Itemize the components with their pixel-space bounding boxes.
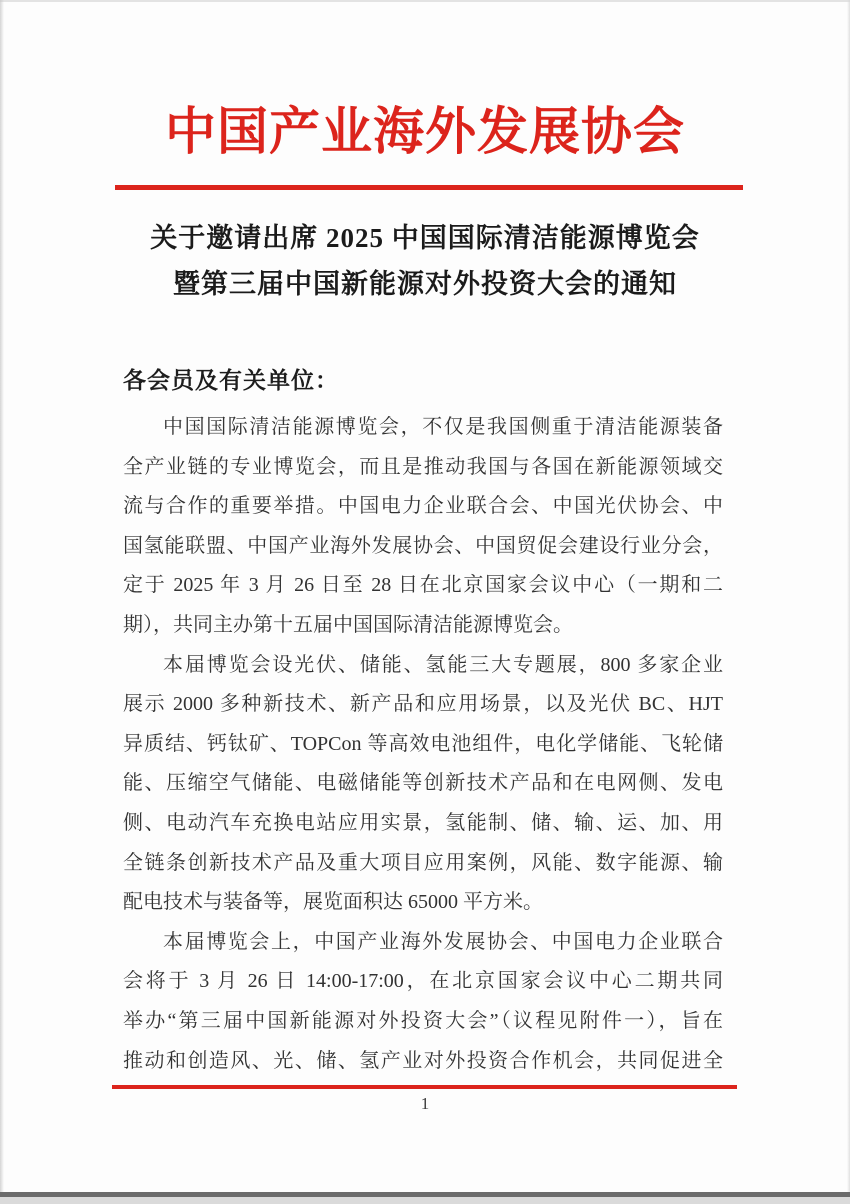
body-text-line: 本届博览会设光伏、储能、氢能三大专题展，800 多家企业 xyxy=(123,646,723,686)
document-page: 中国产业海外发展协会 关于邀请出席 2025 中国国际清洁能源博览会 暨第三届中… xyxy=(0,0,850,1204)
body-text-line: 举办“第三届中国新能源对外投资大会”（议程见附件一），旨在 xyxy=(123,1002,723,1042)
letterhead-rule xyxy=(115,185,743,190)
body-text-line: 侧、电动汽车充换电站应用实景，氢能制、储、输、运、加、用 xyxy=(123,804,723,844)
body-text-line: 配电技术与装备等，展览面积达 65000 平方米。 xyxy=(123,883,723,923)
body-text-line: 异质结、钙钛矿、TOPCon 等高效电池组件，电化学储能、飞轮储 xyxy=(123,725,723,765)
body-text-line: 国氢能联盟、中国产业海外发展协会、中国贸促会建设行业分会， xyxy=(123,527,723,567)
document-body: 中国国际清洁能源博览会，不仅是我国侧重于清洁能源装备全产业链的专业博览会，而且是… xyxy=(123,408,723,1081)
scan-edge-left xyxy=(0,0,4,1204)
body-text-line: 定于 2025 年 3 月 26 日至 28 日在北京国家会议中心（一期和二 xyxy=(123,566,723,606)
scan-edge-top xyxy=(0,0,850,2)
body-text-line: 期），共同主办第十五届中国国际清洁能源博览会。 xyxy=(123,606,723,646)
body-text-line: 中国国际清洁能源博览会，不仅是我国侧重于清洁能源装备 xyxy=(123,408,723,448)
salutation: 各会员及有关单位： xyxy=(123,362,339,395)
body-text-line: 会将于 3 月 26 日 14:00-17:00，在北京国家会议中心二期共同 xyxy=(123,962,723,1002)
scan-edge-bottom-shadow xyxy=(0,1197,850,1204)
body-text-line: 全产业链的专业博览会，而且是推动我国与各国在新能源领域交 xyxy=(123,448,723,488)
footer-rule xyxy=(112,1085,737,1089)
body-text-line: 流与合作的重要举措。中国电力企业联合会、中国光伏协会、中 xyxy=(123,487,723,527)
body-text-line: 本届博览会上，中国产业海外发展协会、中国电力企业联合 xyxy=(123,923,723,963)
body-text-line: 展示 2000 多种新技术、新产品和应用场景，以及光伏 BC、HJT xyxy=(123,685,723,725)
letterhead-org-title: 中国产业海外发展协会 xyxy=(0,90,850,164)
page-number: 1 xyxy=(0,1094,850,1114)
body-text-line: 全链条创新技术产品及重大项目应用案例，风能、数字能源、输 xyxy=(123,844,723,884)
body-text-line: 推动和创造风、光、储、氢产业对外投资合作机会，共同促进全 xyxy=(123,1042,723,1082)
doc-title-line2: 暨第三届中国新能源对外投资大会的通知 xyxy=(0,262,850,301)
body-text-line: 能、压缩空气储能、电磁储能等创新技术产品和在电网侧、发电 xyxy=(123,764,723,804)
doc-title-line1: 关于邀请出席 2025 中国国际清洁能源博览会 xyxy=(0,216,850,255)
